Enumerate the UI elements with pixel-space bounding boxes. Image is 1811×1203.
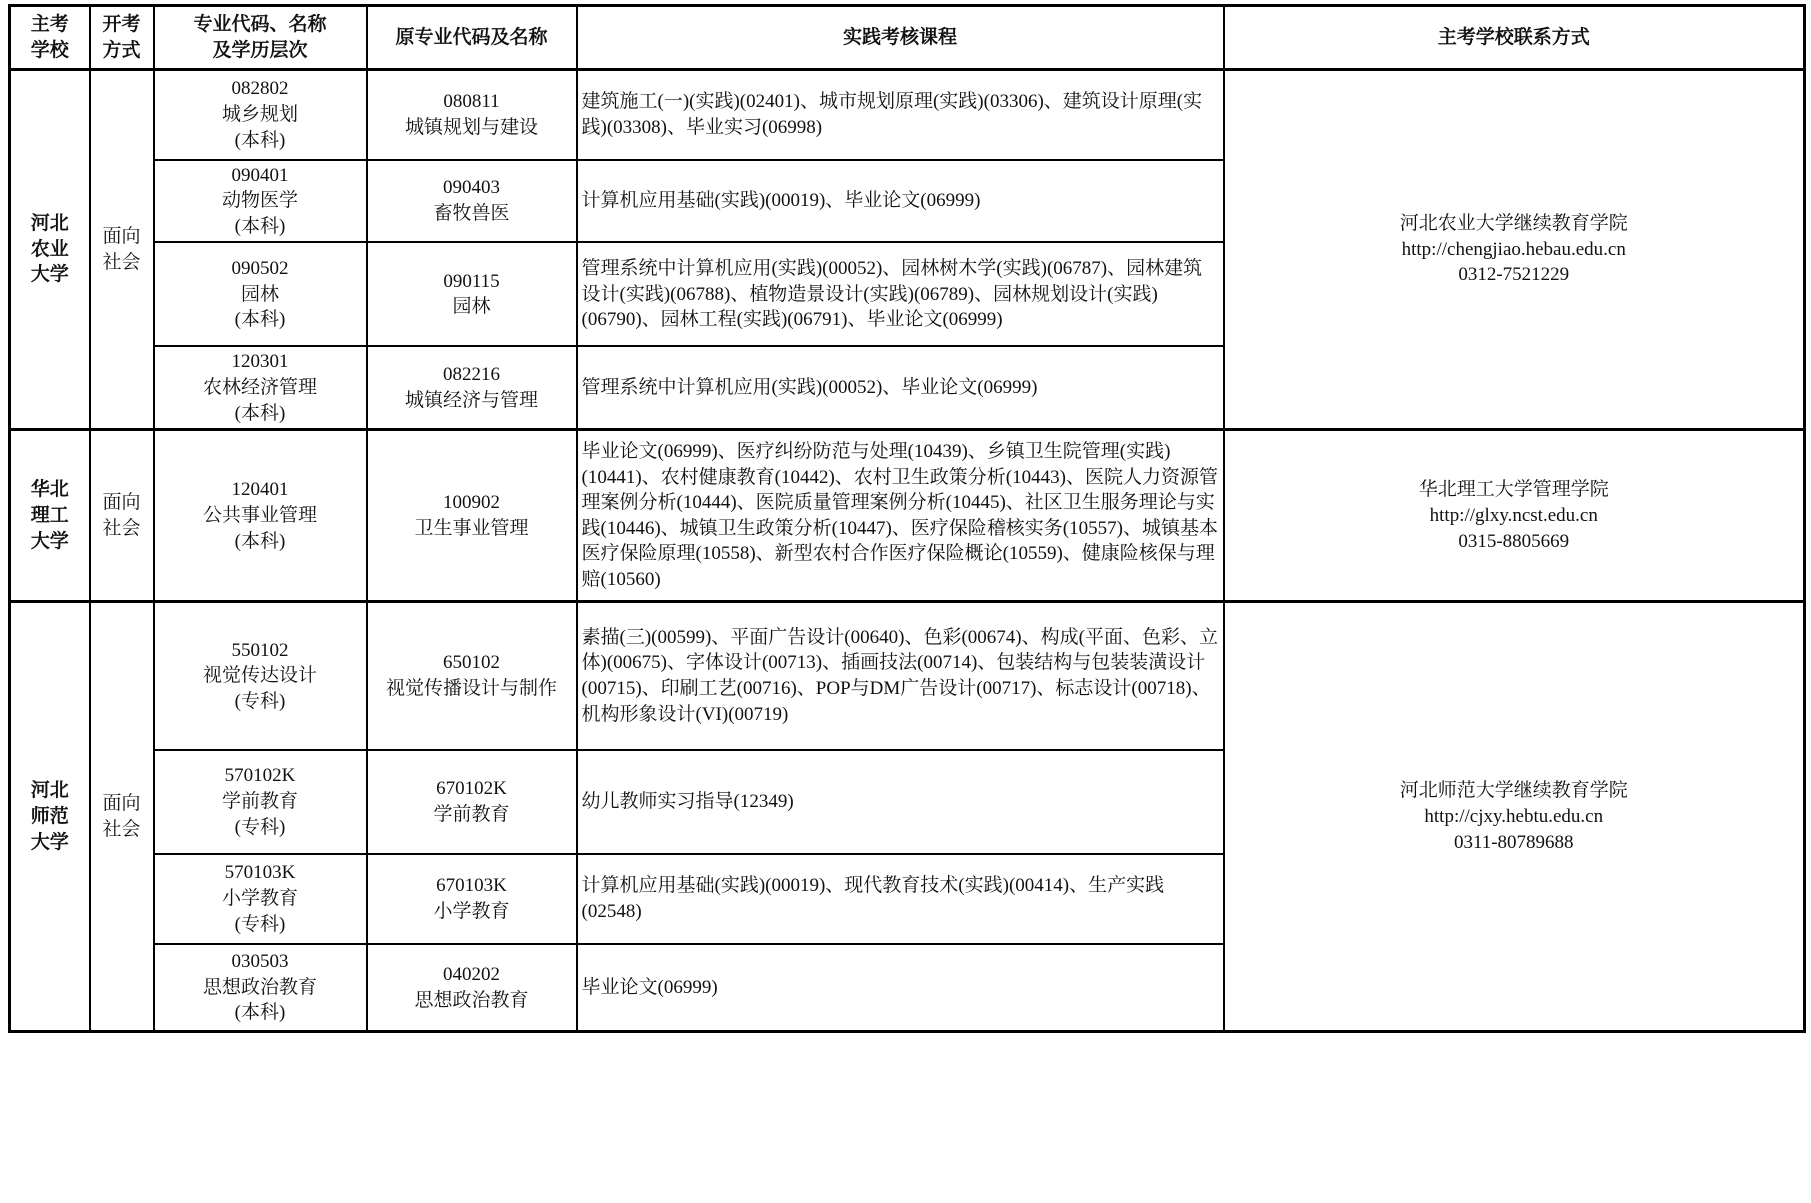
major-cell: 090401 动物医学 (本科) — [154, 160, 367, 243]
courses-cell: 计算机应用基础(实践)(00019)、现代教育技术(实践)(00414)、生产实… — [577, 854, 1224, 944]
original-major-cell: 080811 城镇规划与建设 — [367, 70, 577, 160]
header-host-school: 主考 学校 — [10, 6, 90, 70]
exam-mode-cell: 面向 社会 — [90, 70, 154, 430]
exam-mode-cell: 面向 社会 — [90, 602, 154, 1032]
major-cell: 120401 公共事业管理 (本科) — [154, 430, 367, 602]
header-original-code-name: 原专业代码及名称 — [367, 6, 577, 70]
school-name-cell: 河北 农业 大学 — [10, 70, 90, 430]
original-major-cell: 670102K 学前教育 — [367, 750, 577, 854]
table-row: 华北 理工 大学 面向 社会 120401 公共事业管理 (本科) 100902… — [10, 430, 1805, 602]
exam-mode-cell: 面向 社会 — [90, 430, 154, 602]
header-practical-courses: 实践考核课程 — [577, 6, 1224, 70]
courses-cell: 毕业论文(06999) — [577, 944, 1224, 1032]
table-row: 河北 农业 大学 面向 社会 082802 城乡规划 (本科) 080811 城… — [10, 70, 1805, 160]
courses-cell: 毕业论文(06999)、医疗纠纷防范与处理(10439)、乡镇卫生院管理(实践)… — [577, 430, 1224, 602]
contact-cell: 河北农业大学继续教育学院 http://chengjiao.hebau.edu.… — [1224, 70, 1805, 430]
major-cell: 082802 城乡规划 (本科) — [154, 70, 367, 160]
school-name-cell: 华北 理工 大学 — [10, 430, 90, 602]
original-major-cell: 650102 视觉传播设计与制作 — [367, 602, 577, 750]
page: 主考 学校 开考 方式 专业代码、名称 及学历层次 原专业代码及名称 实践考核课… — [0, 0, 1811, 1203]
courses-cell: 素描(三)(00599)、平面广告设计(00640)、色彩(00674)、构成(… — [577, 602, 1224, 750]
original-major-cell: 670103K 小学教育 — [367, 854, 577, 944]
original-major-cell: 082216 城镇经济与管理 — [367, 346, 577, 429]
exam-plan-table: 主考 学校 开考 方式 专业代码、名称 及学历层次 原专业代码及名称 实践考核课… — [8, 4, 1806, 1033]
table-row: 河北 师范 大学 面向 社会 550102 视觉传达设计 (专科) 650102… — [10, 602, 1805, 750]
original-major-cell: 040202 思想政治教育 — [367, 944, 577, 1032]
courses-cell: 计算机应用基础(实践)(00019)、毕业论文(06999) — [577, 160, 1224, 243]
major-cell: 570103K 小学教育 (专科) — [154, 854, 367, 944]
major-cell: 550102 视觉传达设计 (专科) — [154, 602, 367, 750]
courses-cell: 幼儿教师实习指导(12349) — [577, 750, 1224, 854]
original-major-cell: 090115 园林 — [367, 242, 577, 346]
header-row: 主考 学校 开考 方式 专业代码、名称 及学历层次 原专业代码及名称 实践考核课… — [10, 6, 1805, 70]
original-major-cell: 090403 畜牧兽医 — [367, 160, 577, 243]
major-cell: 570102K 学前教育 (专科) — [154, 750, 367, 854]
original-major-cell: 100902 卫生事业管理 — [367, 430, 577, 602]
contact-cell: 华北理工大学管理学院 http://glxy.ncst.edu.cn 0315-… — [1224, 430, 1805, 602]
major-cell: 030503 思想政治教育 (本科) — [154, 944, 367, 1032]
header-contact: 主考学校联系方式 — [1224, 6, 1805, 70]
courses-cell: 建筑施工(一)(实践)(02401)、城市规划原理(实践)(03306)、建筑设… — [577, 70, 1224, 160]
header-exam-mode: 开考 方式 — [90, 6, 154, 70]
courses-cell: 管理系统中计算机应用(实践)(00052)、毕业论文(06999) — [577, 346, 1224, 429]
contact-cell: 河北师范大学继续教育学院 http://cjxy.hebtu.edu.cn 03… — [1224, 602, 1805, 1032]
school-name-cell: 河北 师范 大学 — [10, 602, 90, 1032]
header-major-code-name-level: 专业代码、名称 及学历层次 — [154, 6, 367, 70]
major-cell: 090502 园林 (本科) — [154, 242, 367, 346]
courses-cell: 管理系统中计算机应用(实践)(00052)、园林树木学(实践)(06787)、园… — [577, 242, 1224, 346]
major-cell: 120301 农林经济管理 (本科) — [154, 346, 367, 429]
